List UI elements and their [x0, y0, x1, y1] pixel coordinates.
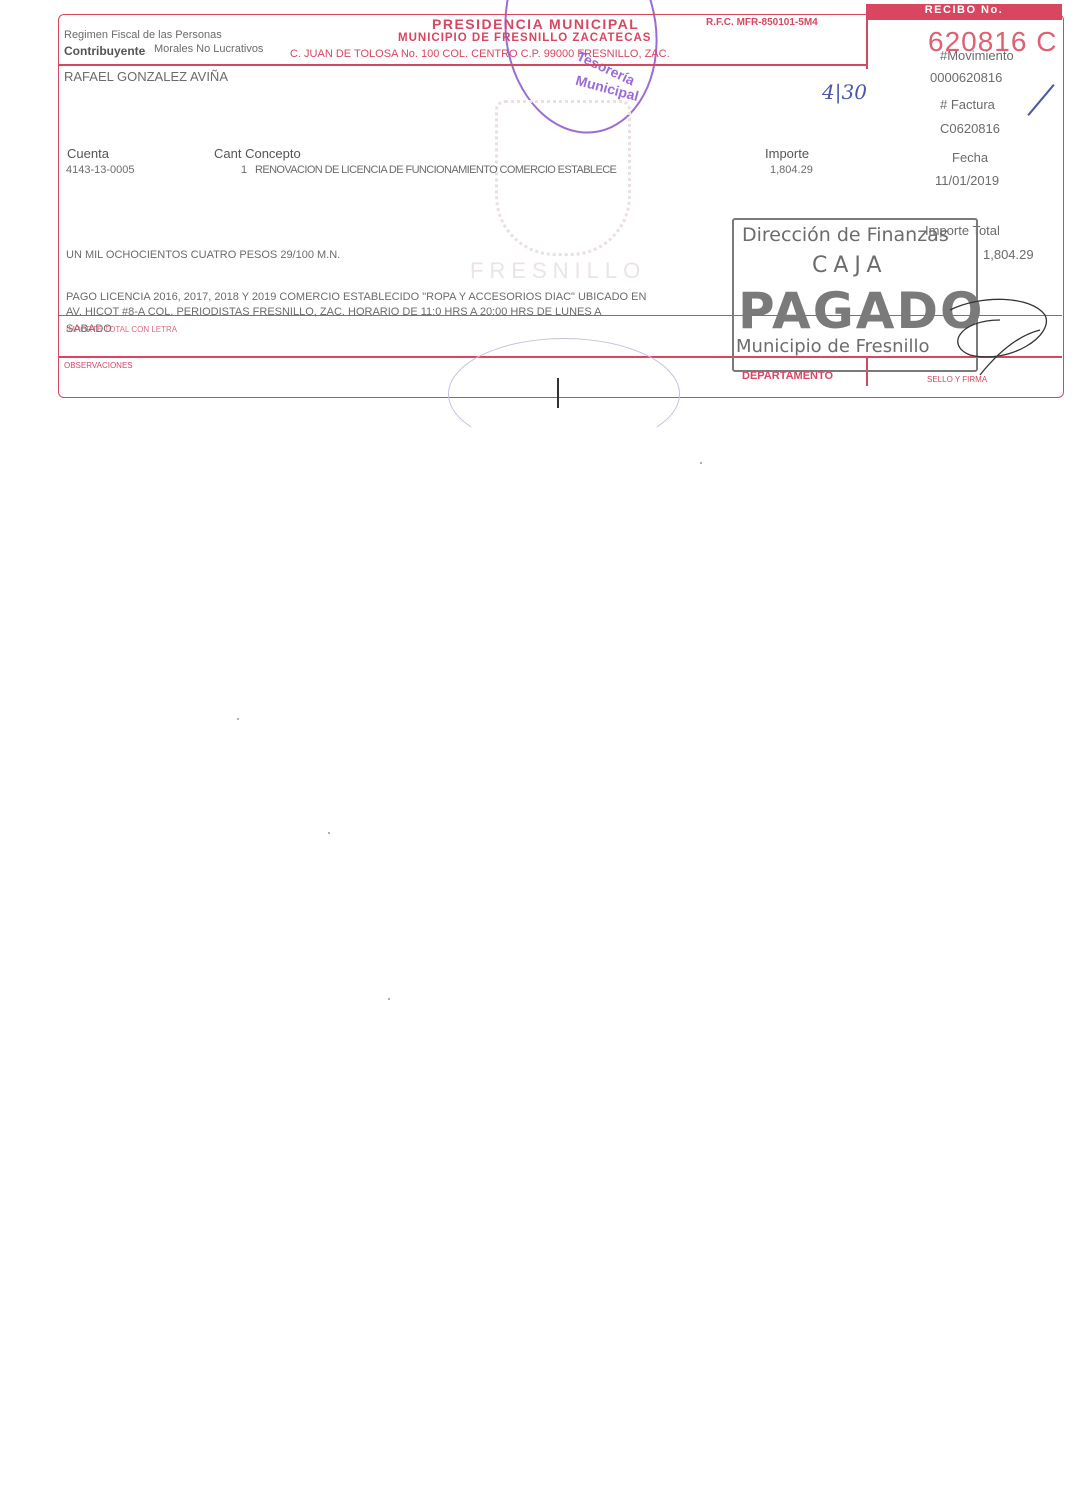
factura-label: # Factura [940, 97, 995, 112]
contribuyente-label: Contribuyente [64, 44, 145, 58]
rfc: R.F.C. MFR-850101-5M4 [706, 17, 818, 28]
rfc-label: R.F.C. [706, 17, 734, 28]
taxpayer-name: RAFAEL GONZALEZ AVIÑA [64, 69, 228, 84]
stamp-line4: Municipio de Fresnillo [736, 336, 930, 357]
scan-speck [237, 718, 239, 720]
description-line1: PAGO LICENCIA 2016, 2017, 2018 Y 2019 CO… [66, 291, 646, 303]
importe-con-letra-label: IMPORTE TOTAL CON LETRA [66, 325, 177, 334]
table-row-cant: 1 [241, 164, 247, 176]
bottom-seal [448, 338, 680, 450]
ink-mark [557, 378, 559, 408]
scan-speck [328, 832, 330, 834]
stamp-line2: CAJA [812, 253, 888, 278]
header-subtitle: MUNICIPIO DE FRESNILLO ZACATECAS [398, 32, 651, 44]
handwritten-note: 4|30 [822, 80, 867, 104]
header-address: C. JUAN DE TOLOSA No. 100 COL. CENTRO C.… [290, 48, 670, 60]
amount-in-words: UN MIL OCHOCIENTOS CUATRO PESOS 29/100 M… [66, 249, 340, 261]
col-header-importe: Importe [765, 146, 809, 161]
table-row-concepto: RENOVACION DE LICENCIA DE FUNCIONAMIENTO… [255, 164, 616, 176]
col-header-cant-concepto: Cant Concepto [214, 146, 301, 161]
fecha-label: Fecha [952, 150, 988, 165]
divider [866, 14, 868, 69]
rfc-value: MFR-850101-5M4 [737, 17, 818, 28]
recibo-label: RECIBO No. [866, 4, 1062, 20]
table-row-cuenta: 4143-13-0005 [66, 164, 135, 176]
fecha-value: 11/01/2019 [935, 173, 999, 188]
signature [940, 290, 1060, 385]
description-line2: AV. HICOT #8-A COL. PERIODISTAS FRESNILL… [66, 306, 602, 318]
movimiento-label: #Movimiento [940, 48, 1014, 63]
col-header-cuenta: Cuenta [67, 146, 109, 161]
header-title: PRESIDENCIA MUNICIPAL [432, 16, 639, 32]
factura-value: C0620816 [940, 121, 1000, 136]
scan-speck [700, 462, 702, 464]
table-row-importe: 1,804.29 [770, 164, 813, 176]
observaciones-label: OBSERVACIONES [64, 361, 133, 370]
importe-total-value: 1,804.29 [983, 247, 1034, 262]
regimen-fiscal-line1: Regimen Fiscal de las Personas [64, 29, 222, 41]
stamp-line1: Dirección de Finanzas [742, 224, 949, 246]
divider [58, 64, 866, 66]
scan-speck [388, 998, 390, 1000]
movimiento-value: 0000620816 [930, 70, 1002, 85]
